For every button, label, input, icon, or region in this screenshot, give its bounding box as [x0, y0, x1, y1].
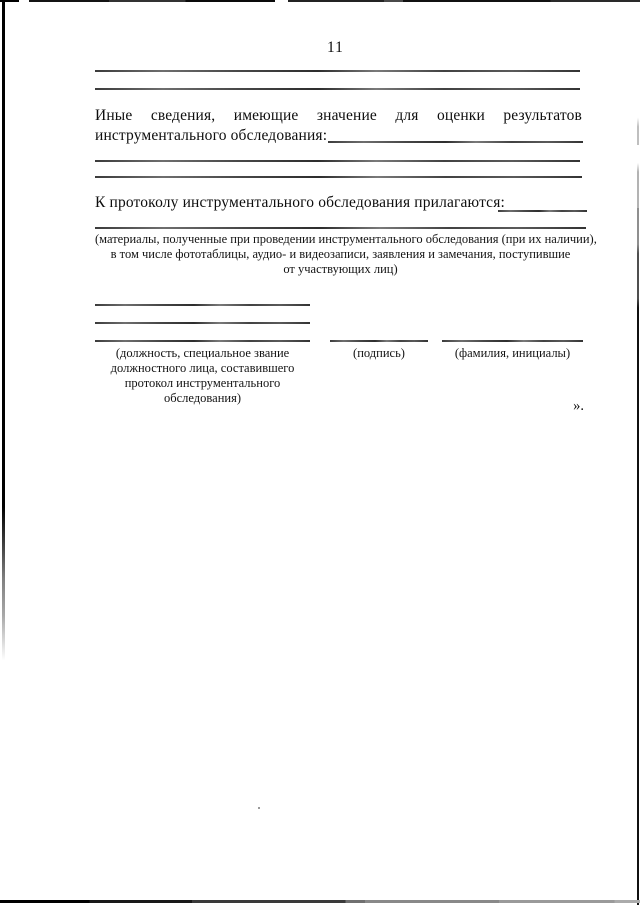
other-info-underline [328, 141, 583, 143]
attachments-caption-line1: (материалы, полученные при проведении ин… [95, 232, 586, 247]
signature-line-name [442, 340, 583, 342]
scan-speck [258, 807, 260, 809]
signature-line-position [95, 340, 310, 342]
signature-caption-position-line3: протокол инструментального [95, 376, 310, 391]
scanned-document-page: 11 Иные сведения, имеющие значение для о… [0, 0, 640, 905]
attachments-caption-line2: в том числе фототаблицы, аудио- и видеоз… [95, 247, 586, 262]
scan-border-right [637, 0, 639, 905]
blank-line [95, 322, 310, 324]
scan-border-bottom [0, 900, 640, 903]
blank-line [95, 160, 580, 162]
signature-caption-name: (фамилия, инициалы) [442, 346, 583, 361]
signature-caption-position-line2: должностного лица, составившего [95, 361, 310, 376]
attachments-heading: К протоколу инструментального обследован… [95, 193, 505, 213]
signature-line-sign [330, 340, 428, 342]
blank-line [95, 176, 582, 178]
closing-quote-mark: ». [560, 398, 584, 415]
blank-line [95, 70, 580, 72]
blank-line [95, 88, 580, 90]
scan-border-top [0, 0, 640, 2]
page-number: 11 [327, 38, 344, 58]
scan-border-left [2, 0, 5, 905]
attachments-underline [498, 210, 587, 212]
attachments-fill-line [95, 227, 586, 229]
other-info-text-line1: Иные сведения, имеющие значение для оцен… [95, 106, 582, 126]
signature-caption-sign: (подпись) [330, 346, 428, 361]
signature-caption-position-line4: обследования) [95, 391, 310, 406]
attachments-caption-line3: от участвующих лиц) [95, 262, 586, 277]
signature-caption-position-line1: (должность, специальное звание [95, 346, 310, 361]
blank-line [95, 304, 310, 306]
other-info-text-line2: инструментального обследования: [95, 126, 327, 146]
